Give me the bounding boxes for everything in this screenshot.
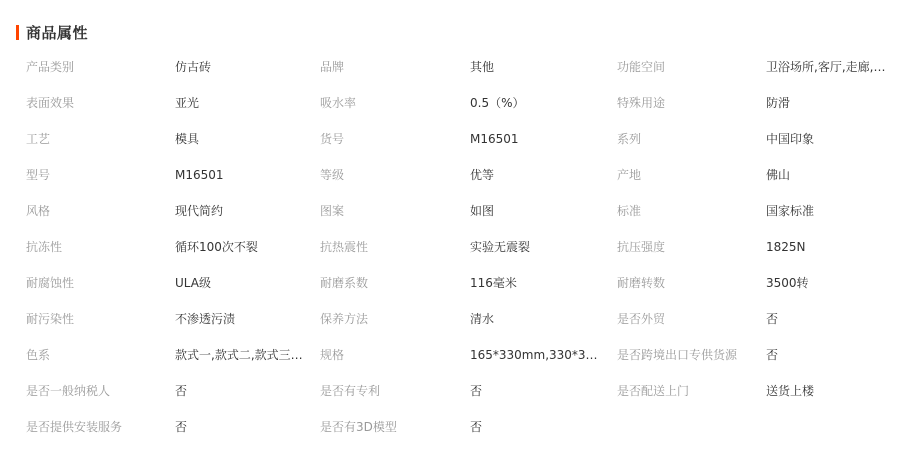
attribute-label: 是否有专利 — [320, 373, 460, 409]
attribute-row: 色系 款式一,款式二,款式三… 规格 165*330mm,330*330... … — [0, 337, 897, 373]
attribute-value: M16501 — [175, 157, 305, 193]
attribute-value: 不渗透污渍 — [175, 301, 305, 337]
attribute-label: 货号 — [320, 121, 460, 157]
attribute-value: 现代简约 — [175, 193, 305, 229]
attribute-label: 品牌 — [320, 49, 460, 85]
attribute-label: 抗压强度 — [617, 229, 762, 265]
section-title: 商品属性 — [26, 22, 88, 43]
attribute-label: 是否提供安装服务 — [26, 409, 166, 445]
attribute-row: 表面效果 亚光 吸水率 0.5（%） 特殊用途 防滑 — [0, 85, 897, 121]
attribute-value: 佛山 — [766, 157, 888, 193]
attribute-label: 型号 — [26, 157, 166, 193]
attribute-label: 标准 — [617, 193, 762, 229]
attribute-table: 产品类别 仿古砖 品牌 其他 功能空间 卫浴场所,客厅,走廊,… 表面效果 亚光… — [0, 49, 897, 445]
attribute-label: 表面效果 — [26, 85, 166, 121]
attribute-label: 耐腐蚀性 — [26, 265, 166, 301]
attribute-row: 工艺 模具 货号 M16501 系列 中国印象 — [0, 121, 897, 157]
attribute-row: 耐污染性 不渗透污渍 保养方法 清水 是否外贸 否 — [0, 301, 897, 337]
attribute-value: 如图 — [470, 193, 600, 229]
attribute-label: 功能空间 — [617, 49, 762, 85]
attribute-value: 116毫米 — [470, 265, 600, 301]
attribute-row: 风格 现代简约 图案 如图 标准 国家标准 — [0, 193, 897, 229]
attribute-value: 否 — [175, 409, 305, 445]
attribute-label: 工艺 — [26, 121, 166, 157]
attribute-value: 亚光 — [175, 85, 305, 121]
attribute-label: 系列 — [617, 121, 762, 157]
attribute-label: 等级 — [320, 157, 460, 193]
attribute-row: 耐腐蚀性 ULA级 耐磨系数 116毫米 耐磨转数 3500转 — [0, 265, 897, 301]
attribute-value: 卫浴场所,客厅,走廊,… — [766, 49, 888, 85]
attribute-label: 规格 — [320, 337, 460, 373]
accent-bar — [16, 25, 19, 40]
attribute-value: 清水 — [470, 301, 600, 337]
attribute-label: 特殊用途 — [617, 85, 762, 121]
attribute-label: 耐污染性 — [26, 301, 166, 337]
attribute-label: 吸水率 — [320, 85, 460, 121]
attribute-value: 国家标准 — [766, 193, 888, 229]
attribute-label: 抗热震性 — [320, 229, 460, 265]
attribute-value: 仿古砖 — [175, 49, 305, 85]
attribute-label: 色系 — [26, 337, 166, 373]
section-header: 商品属性 — [16, 22, 88, 42]
attribute-row: 抗冻性 循环100次不裂 抗热震性 实验无震裂 抗压强度 1825N — [0, 229, 897, 265]
attribute-value: 循环100次不裂 — [175, 229, 305, 265]
attribute-label: 图案 — [320, 193, 460, 229]
attribute-value: 否 — [470, 373, 600, 409]
attribute-label: 是否跨境出口专供货源 — [617, 337, 762, 373]
attribute-label: 保养方法 — [320, 301, 460, 337]
attribute-label: 是否配送上门 — [617, 373, 762, 409]
attribute-value: 否 — [766, 337, 888, 373]
attribute-row: 产品类别 仿古砖 品牌 其他 功能空间 卫浴场所,客厅,走廊,… — [0, 49, 897, 85]
attribute-row: 型号 M16501 等级 优等 产地 佛山 — [0, 157, 897, 193]
attribute-value: 165*330mm,330*330... — [470, 337, 600, 373]
attribute-value: ULA级 — [175, 265, 305, 301]
attribute-row: 是否提供安装服务 否 是否有3D模型 否 — [0, 409, 897, 445]
attribute-label: 抗冻性 — [26, 229, 166, 265]
attribute-value: 优等 — [470, 157, 600, 193]
attribute-value: 实验无震裂 — [470, 229, 600, 265]
attribute-value: 防滑 — [766, 85, 888, 121]
attribute-value: 其他 — [470, 49, 600, 85]
attribute-label: 产品类别 — [26, 49, 166, 85]
attribute-label: 耐磨转数 — [617, 265, 762, 301]
attribute-value: 否 — [470, 409, 600, 445]
attribute-value: 0.5（%） — [470, 85, 600, 121]
attribute-value: 款式一,款式二,款式三… — [175, 337, 305, 373]
attribute-value: M16501 — [470, 121, 600, 157]
attribute-value: 否 — [175, 373, 305, 409]
attribute-value: 否 — [766, 301, 888, 337]
attribute-label: 风格 — [26, 193, 166, 229]
attribute-value: 模具 — [175, 121, 305, 157]
attribute-label: 是否一般纳税人 — [26, 373, 166, 409]
attribute-label: 是否有3D模型 — [320, 409, 460, 445]
attribute-value: 送货上楼 — [766, 373, 888, 409]
attribute-label: 产地 — [617, 157, 762, 193]
attribute-label: 是否外贸 — [617, 301, 762, 337]
attribute-label: 耐磨系数 — [320, 265, 460, 301]
attribute-value: 1825N — [766, 229, 888, 265]
attribute-value: 3500转 — [766, 265, 888, 301]
attribute-row: 是否一般纳税人 否 是否有专利 否 是否配送上门 送货上楼 — [0, 373, 897, 409]
attribute-value: 中国印象 — [766, 121, 888, 157]
